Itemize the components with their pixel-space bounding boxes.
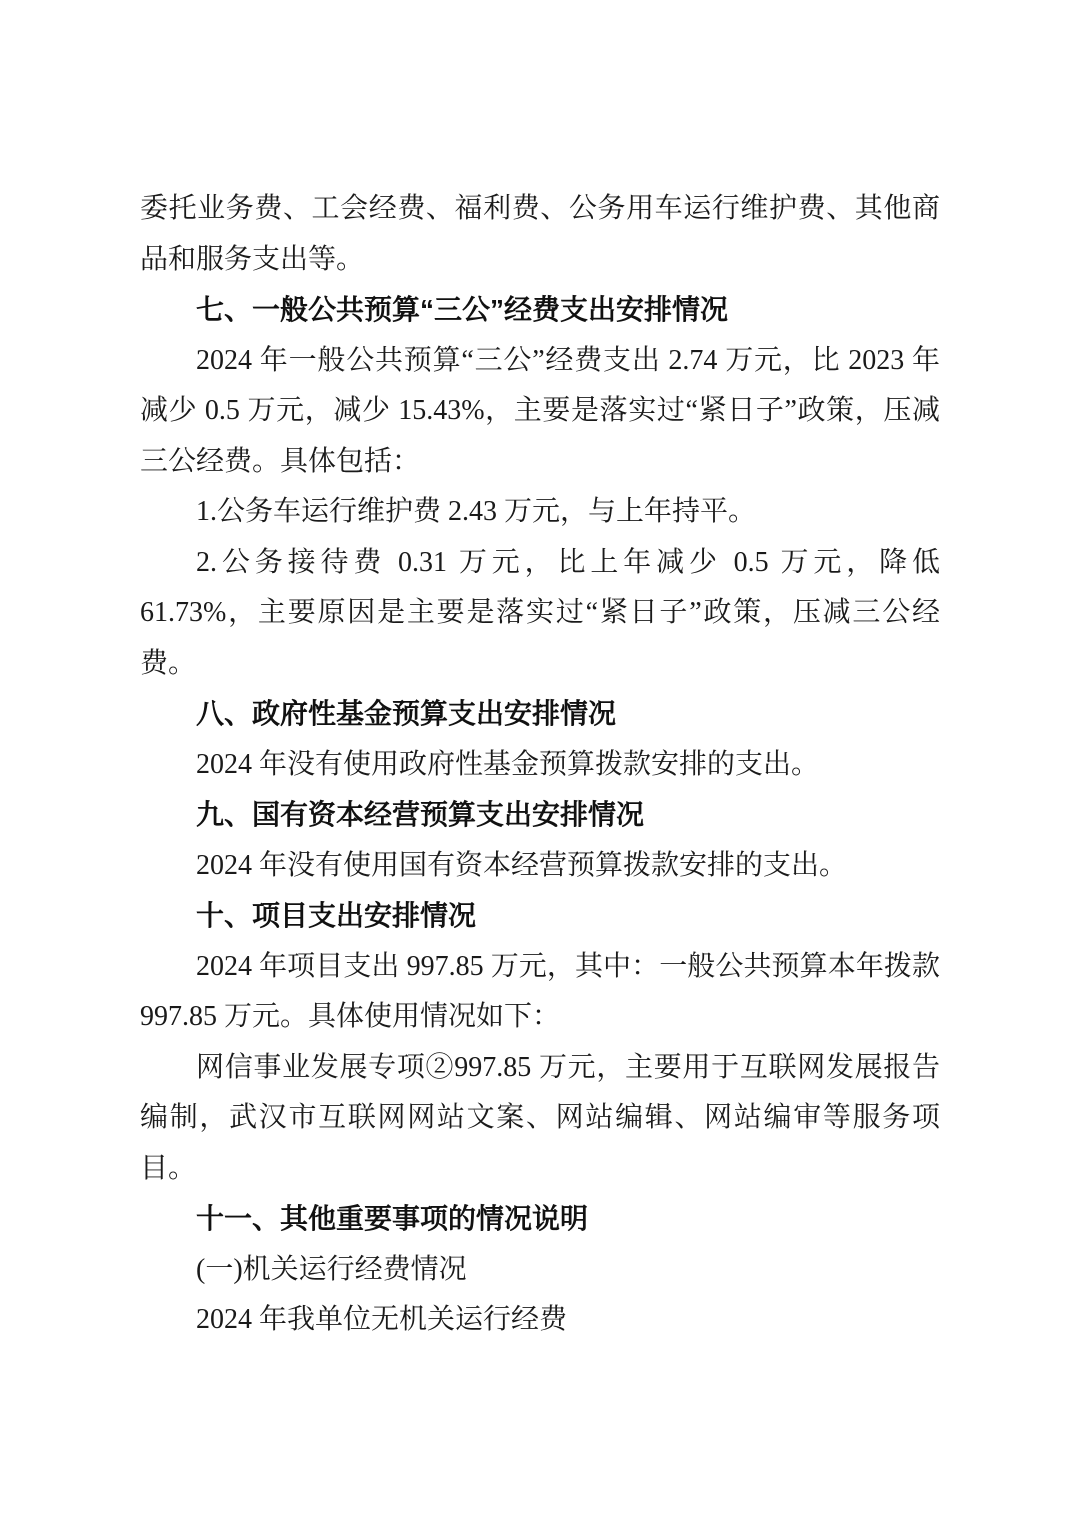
para-agency-operating-cost-note: 2024 年我单位无机关运行经费 <box>140 1295 940 1346</box>
document-page-body: 委托业务费、工会经费、福利费、公务用车运行维护费、其他商品和服务支出等。 七、一… <box>140 184 940 1346</box>
para-goods-services-continuation: 委托业务费、工会经费、福利费、公务用车运行维护费、其他商品和服务支出等。 <box>140 184 940 285</box>
heading-section-7-sangong-budget: 七、一般公共预算“三公”经费支出安排情况 <box>140 285 940 336</box>
para-state-capital-note: 2024 年没有使用国有资本经营预算拨款安排的支出。 <box>140 841 940 892</box>
para-item-2-official-reception: 2.公务接待费 0.31 万元，比上年减少 0.5 万元，降低 61.73%，主… <box>140 538 940 690</box>
para-sangong-overview: 2024 年一般公共预算“三公”经费支出 2.74 万元，比 2023 年减少 … <box>140 336 940 488</box>
heading-section-9-state-capital: 九、国有资本经营预算支出安排情况 <box>140 790 940 841</box>
heading-section-11-other-matters: 十一、其他重要事项的情况说明 <box>140 1194 940 1245</box>
para-government-fund-note: 2024 年没有使用政府性基金预算拨款安排的支出。 <box>140 740 940 791</box>
para-item-1-vehicle-maintenance: 1.公务车运行维护费 2.43 万元，与上年持平。 <box>140 487 940 538</box>
para-wangxin-special-project: 网信事业发展专项②997.85 万元，主要用于互联网发展报告编制，武汉市互联网网… <box>140 1043 940 1195</box>
para-project-expense-overview: 2024 年项目支出 997.85 万元，其中：一般公共预算本年拨款 997.8… <box>140 942 940 1043</box>
page: { "page": { "background_color": "#ffffff… <box>0 0 1074 1520</box>
heading-section-8-government-fund: 八、政府性基金预算支出安排情况 <box>140 689 940 740</box>
heading-section-10-project-expense: 十、项目支出安排情况 <box>140 891 940 942</box>
para-agency-operating-cost-title: (一)机关运行经费情况 <box>140 1245 940 1296</box>
